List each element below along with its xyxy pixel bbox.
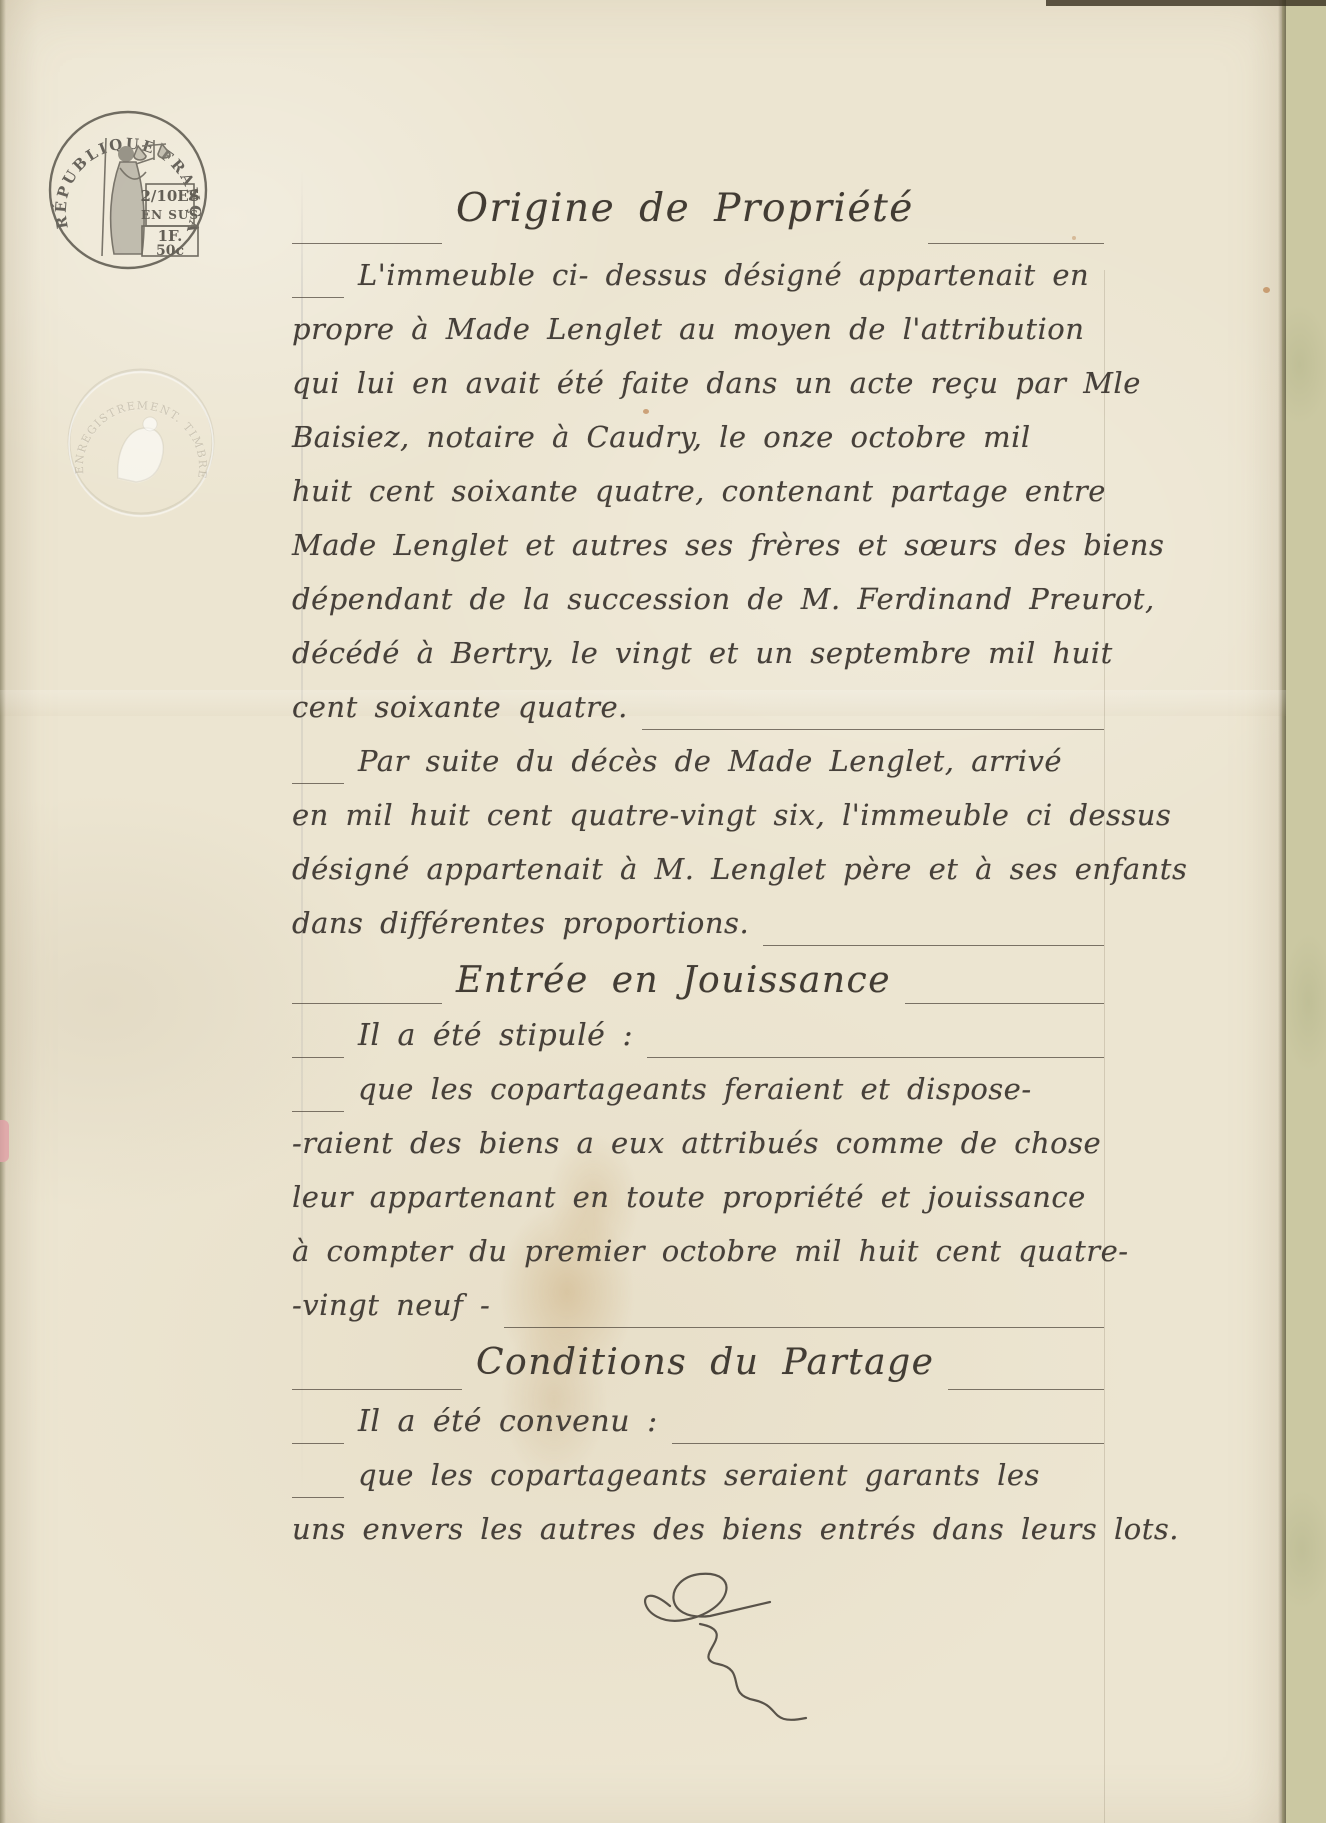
manuscript-line: Par suite du décès de Made Lenglet, arri… [292,744,1104,798]
manuscript-line: propre à Made Lenglet au moyen de l'attr… [292,312,1104,366]
manuscript-line: à compter du premier octobre mil huit ce… [292,1234,1104,1288]
ink-rule [292,1003,442,1004]
manuscript-line: -vingt neuf - [292,1288,1104,1342]
stamp-tablet-line2: EN SUS [141,208,199,222]
manuscript-line: que les copartageants feraient et dispos… [292,1072,1104,1126]
manuscript-line: en mil huit cent quatre-vingt six, l'imm… [292,798,1104,852]
manuscript-line: décédé à Bertry, le vingt et un septembr… [292,636,1104,690]
ink-rule [292,1057,344,1058]
ink-rule [292,1443,344,1444]
ink-rule [292,783,344,784]
manuscript-line: Baisiez, notaire à Caudry, le onze octob… [292,420,1104,474]
pink-margin-mark [0,1120,9,1162]
ink-rule [292,1111,344,1112]
ink-rule [292,243,442,244]
embossed-figure [118,417,163,482]
manuscript-line: dans différentes proportions. [292,906,1104,960]
ink-rule [292,1389,462,1390]
stamp-value-centimes: 50c [156,243,184,259]
ink-rule [928,243,1104,244]
manuscript-line: cent soixante quatre. [292,690,1104,744]
manuscript-line: leur appartenant en toute propriété et j… [292,1180,1104,1234]
manuscript-line: Il a été stipulé : [292,1018,1104,1072]
manuscript-text-block: Origine de Propriété L'immeuble ci- dess… [292,186,1104,1756]
ink-rule [763,945,1104,946]
section-heading-conditions: Conditions du Partage [292,1342,1104,1404]
manuscript-line: uns envers les autres des biens entrés d… [292,1512,1104,1566]
ink-rule [647,1057,1104,1058]
section-heading-origine: Origine de Propriété [292,186,1104,258]
manuscript-line: Made Lenglet et autres ses frères et sœu… [292,528,1104,582]
revenue-stamp: RÉPUBLIQUE FRANÇAISE [42,98,214,278]
scanned-notarial-page: RÉPUBLIQUE FRANÇAISE [0,0,1326,1823]
ink-rule [504,1327,1104,1328]
manuscript-line: dépendant de la succession de M. Ferdina… [292,582,1104,636]
ink-rule [905,1003,1104,1004]
ink-rule [292,297,344,298]
manuscript-line: L'immeuble ci- dessus désigné appartenai… [292,258,1104,312]
backing-page-edge [1282,0,1326,1823]
foxing-speck [1263,287,1270,293]
scan-top-edge [1046,0,1326,6]
ink-rule [672,1443,1104,1444]
scan-left-edge [0,0,6,1823]
stamp-tablet-line1: 2/10ES [140,187,199,205]
manuscript-line: -raient des biens a eux attribués comme … [292,1126,1104,1180]
heading-origine-text: Origine de Propriété [456,186,914,231]
manuscript-line: que les copartageants seraient garants l… [292,1458,1104,1512]
embossed-stamp: ENREGISTREMENT. TIMBRE ET DOMAINES [58,358,224,524]
signature-area [292,1566,1104,1756]
signature-flourish [592,1566,832,1756]
ink-rule [948,1389,1104,1390]
manuscript-line: huit cent soixante quatre, contenant par… [292,474,1104,528]
heading-conditions-text: Conditions du Partage [476,1342,934,1383]
manuscript-line: Il a été convenu : [292,1404,1104,1458]
manuscript-line: désigné appartenait à M. Lenglet père et… [292,852,1104,906]
ink-rule [292,1497,344,1498]
ink-rule [642,729,1104,730]
stamp-value-tablet: 2/10ES EN SUS 1F. 50c [140,184,199,259]
heading-jouissance-text: Entrée en Jouissance [456,960,891,1001]
sheet-right-edge-shadow [1278,0,1286,1823]
section-heading-jouissance: Entrée en Jouissance [292,960,1104,1018]
manuscript-line: qui lui en avait été faite dans un acte … [292,366,1104,420]
